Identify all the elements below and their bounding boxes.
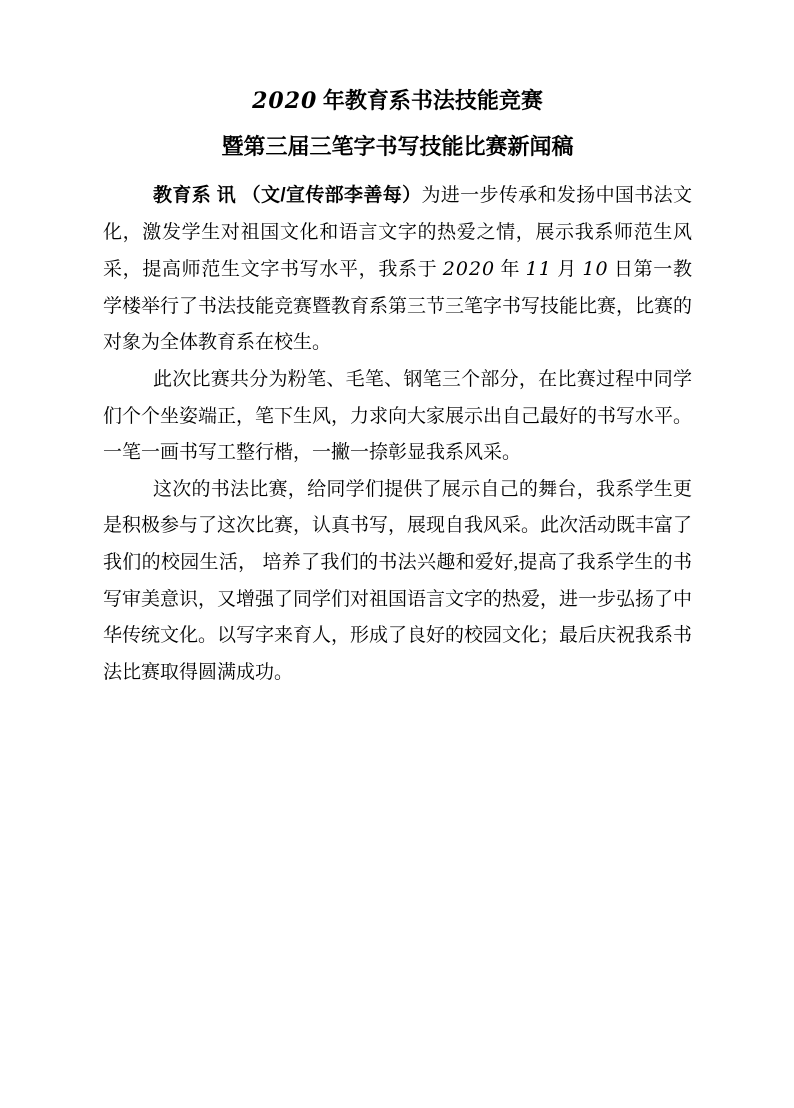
text-segment-normal: 此次比赛共分为粉笔、毛笔、钢笔三个部分，在比赛过程中同学们个个坐姿端正，笔下生风… — [103, 369, 692, 463]
text-segment-normal: 这次的书法比赛，给同学们提供了展示自己的舞台，我系学生更是积极参与了这次比赛，认… — [103, 479, 692, 683]
paragraph-intro: 教育系 讯 （文/宣传部李善每）为进一步传承和发扬中国书法文化，激发学生对祖国文… — [103, 178, 692, 362]
text-segment-script: 11 — [526, 258, 552, 280]
document-title-line2: 暨第三届三笔字书写技能比赛新闻稿 — [103, 124, 692, 170]
document-content: 2020 年教育系书法技能竞赛 暨第三届三笔字书写技能比赛新闻稿 教育系 讯 （… — [0, 0, 794, 691]
paragraph-competition-details: 此次比赛共分为粉笔、毛笔、钢笔三个部分，在比赛过程中同学们个个坐姿端正，笔下生风… — [103, 362, 692, 472]
text-segment-bold: 教育系 讯 （文/宣传部李善每） — [153, 185, 421, 206]
paragraph-conclusion: 这次的书法比赛，给同学们提供了展示自己的舞台，我系学生更是积极参与了这次比赛，认… — [103, 472, 692, 692]
text-segment-normal: 年 — [495, 259, 526, 280]
text-segment-script: 2020 — [443, 258, 495, 280]
text-segment-script: 2020 — [252, 88, 317, 114]
text-segment-normal: 年教育系书法技能竞赛 — [317, 88, 543, 113]
document-body: 教育系 讯 （文/宣传部李善每）为进一步传承和发扬中国书法文化，激发学生对祖国文… — [103, 178, 692, 691]
text-segment-normal: 月 — [552, 259, 583, 280]
text-segment-script: 10 — [582, 258, 608, 280]
document-page: 2020 年教育系书法技能竞赛 暨第三届三笔字书写技能比赛新闻稿 教育系 讯 （… — [0, 0, 794, 1108]
document-title-line1: 2020 年教育系书法技能竞赛 — [103, 78, 692, 124]
